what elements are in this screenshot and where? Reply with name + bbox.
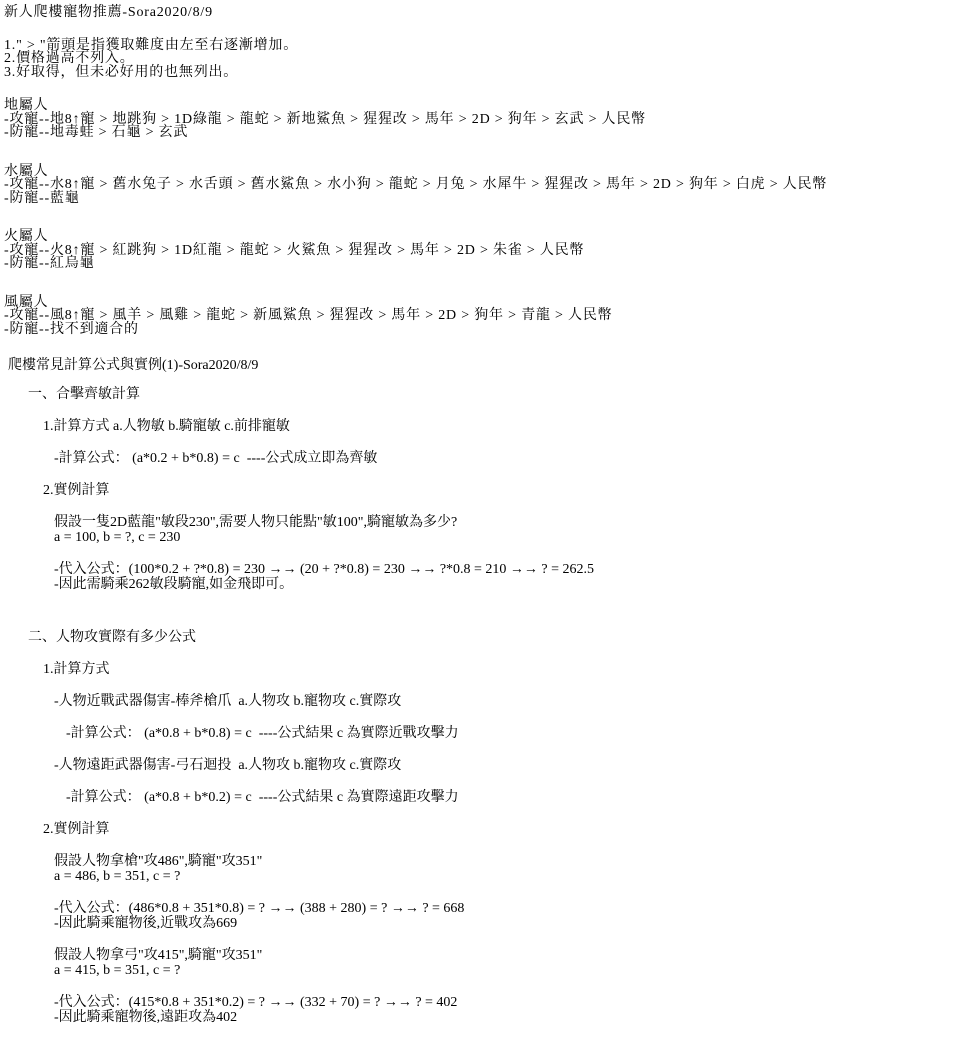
note-line: 3.好取得，但未必好用的也無列出。: [4, 66, 827, 80]
note-line: 1." > "箭頭是指獲取難度由左至右逐漸增加。: [4, 39, 827, 53]
formula-line: -人物遠距武器傷害-弓石迴投 a.人物攻 b.寵物攻 c.實際攻: [54, 758, 594, 773]
formula-line: -代入公式：(486*0.8 + 351*0.8) = ? →→ (388 + …: [54, 901, 594, 916]
formula-lines: 一、合擊齊敏計算1.計算方式 a.人物敏 b.騎寵敏 c.前排寵敏-計算公式： …: [8, 387, 594, 1025]
pet-recommendation-doc: 新人爬樓寵物推薦-Sora2020/8/9 1." > "箭頭是指獲取難度由左至…: [4, 6, 827, 336]
defense-pets-line: -防寵--地毒蛙 > 石龜 > 玄武: [4, 126, 827, 140]
element-sections: 地屬人-攻寵--地8↑寵 > 地跳狗 > 1D綠龍 > 龍蛇 > 新地鯊魚 > …: [4, 99, 827, 336]
formula-doc: 爬樓常見計算公式與實例(1)-Sora2020/8/9 一、合擊齊敏計算1.計算…: [8, 358, 594, 1025]
formula-line: -計算公式： (a*0.8 + b*0.8) = c ----公式結果 c 為實…: [66, 726, 594, 741]
section-title: 地屬人: [4, 99, 827, 113]
formula-line: 2.實例計算: [43, 822, 594, 837]
element-section: 地屬人-攻寵--地8↑寵 > 地跳狗 > 1D綠龍 > 龍蛇 > 新地鯊魚 > …: [4, 99, 827, 140]
section-title: 風屬人: [4, 296, 827, 310]
formula-line: -計算公式： (a*0.2 + b*0.8) = c ----公式成立即為齊敏: [54, 451, 594, 466]
defense-pets-line: -防寵--藍龜: [4, 192, 827, 206]
formula-line: -計算公式： (a*0.8 + b*0.2) = c ----公式結果 c 為實…: [66, 790, 594, 805]
formula-line: -因此騎乘寵物後,近戰攻為669: [54, 916, 594, 931]
formula-line: a = 486, b = 351, c = ?: [54, 869, 594, 884]
formula-line: 二、人物攻實際有多少公式: [28, 630, 594, 645]
section-title: 火屬人: [4, 230, 827, 244]
attack-pets-line: -攻寵--水8↑寵 > 舊水兔子 > 水舌頭 > 舊水鯊魚 > 水小狗 > 龍蛇…: [4, 178, 827, 192]
formula-line: a = 415, b = 351, c = ?: [54, 963, 594, 978]
formula-line: -代入公式：(415*0.8 + 351*0.2) = ? →→ (332 + …: [54, 995, 594, 1010]
element-section: 水屬人-攻寵--水8↑寵 > 舊水兔子 > 水舌頭 > 舊水鯊魚 > 水小狗 >…: [4, 165, 827, 206]
element-section: 風屬人-攻寵--風8↑寵 > 風羊 > 風雞 > 龍蛇 > 新風鯊魚 > 猩猩改…: [4, 296, 827, 337]
formula-line: 2.實例計算: [43, 483, 594, 498]
section-title: 水屬人: [4, 165, 827, 179]
formula-line: 1.計算方式 a.人物敏 b.騎寵敏 c.前排寵敏: [43, 419, 594, 434]
formula-line: 假設一隻2D藍龍"敏段230",需要人物只能點"敏100",騎寵敏為多少?: [54, 515, 594, 530]
formula-line: 假設人物拿槍"攻486",騎寵"攻351": [54, 854, 594, 869]
attack-pets-line: -攻寵--地8↑寵 > 地跳狗 > 1D綠龍 > 龍蛇 > 新地鯊魚 > 猩猩改…: [4, 113, 827, 127]
formula-line: -代入公式：(100*0.2 + ?*0.8) = 230 →→ (20 + ?…: [54, 562, 594, 577]
pet-doc-title: 新人爬樓寵物推薦-Sora2020/8/9: [4, 6, 827, 20]
note-line: 2.價格過高不列入。: [4, 52, 827, 66]
formula-line: -人物近戰武器傷害-棒斧槍爪 a.人物攻 b.寵物攻 c.實際攻: [54, 694, 594, 709]
formula-line: 1.計算方式: [43, 662, 594, 677]
document-page: { "colors": { "background": "#ffffff", "…: [0, 0, 980, 1039]
element-section: 火屬人-攻寵--火8↑寵 > 紅跳狗 > 1D紅龍 > 龍蛇 > 火鯊魚 > 猩…: [4, 230, 827, 271]
formula-line: 一、合擊齊敏計算: [28, 387, 594, 402]
defense-pets-line: -防寵--紅烏龜: [4, 257, 827, 271]
formula-line: -因此騎乘寵物後,遠距攻為402: [54, 1010, 594, 1025]
attack-pets-line: -攻寵--火8↑寵 > 紅跳狗 > 1D紅龍 > 龍蛇 > 火鯊魚 > 猩猩改 …: [4, 244, 827, 258]
notes-list: 1." > "箭頭是指獲取難度由左至右逐漸增加。2.價格過高不列入。3.好取得，…: [4, 39, 827, 80]
formula-line: 假設人物拿弓"攻415",騎寵"攻351": [54, 948, 594, 963]
formula-line: -因此需騎乘262敏段騎寵,如金飛即可。: [54, 577, 594, 592]
formula-line: a = 100, b = ?, c = 230: [54, 530, 594, 545]
attack-pets-line: -攻寵--風8↑寵 > 風羊 > 風雞 > 龍蛇 > 新風鯊魚 > 猩猩改 > …: [4, 309, 827, 323]
formula-doc-title: 爬樓常見計算公式與實例(1)-Sora2020/8/9: [8, 358, 594, 373]
defense-pets-line: -防寵--找不到適合的: [4, 323, 827, 337]
